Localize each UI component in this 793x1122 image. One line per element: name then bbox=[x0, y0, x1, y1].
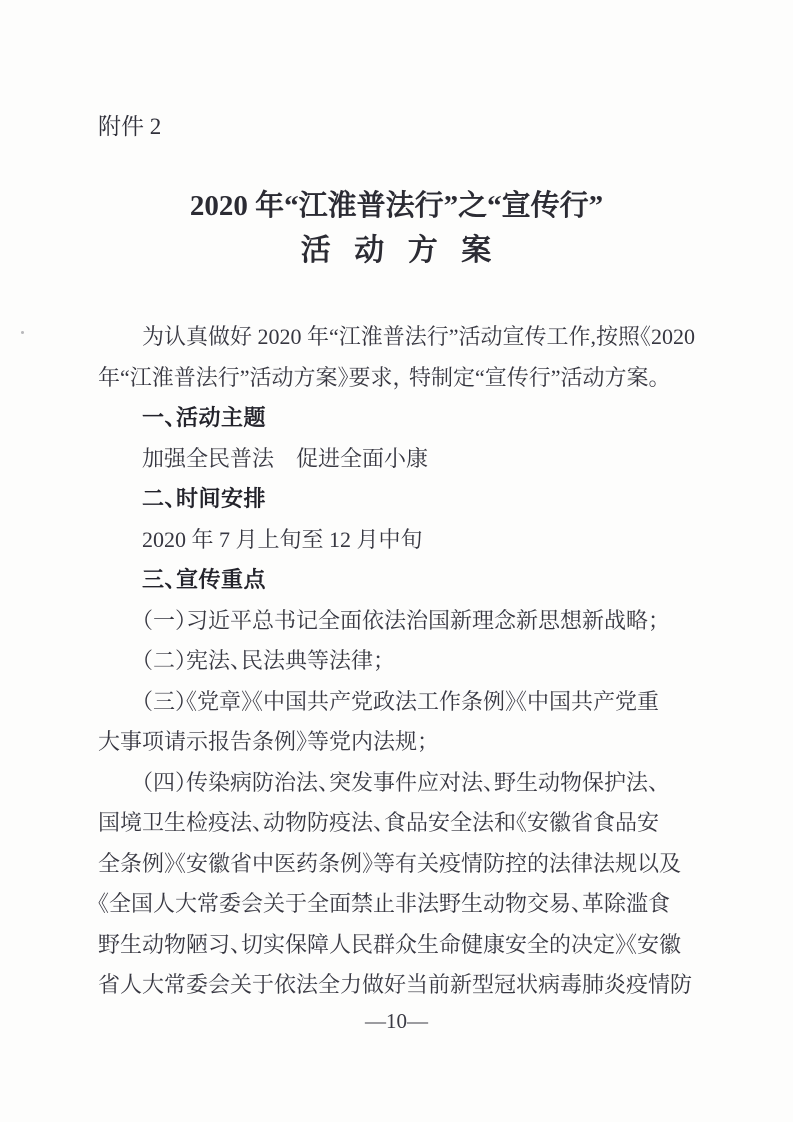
section-2-content: 2020 年 7 月上旬至 12 月中旬 bbox=[98, 520, 718, 561]
section-1-content: 加强全民普法 促进全面小康 bbox=[98, 439, 718, 480]
point-4-line-3: 全条例》《安徽省中医药条例》等有关疫情防控的法律法规以及 bbox=[98, 844, 718, 885]
intro-line-2: 年“江淮普法行”活动方案》要求， 特制定“宣传行”活动方案。 bbox=[98, 358, 718, 399]
point-2: （二）宪法、民法典等法律； bbox=[98, 641, 718, 682]
point-4-line-2: 国境卫生检疫法、动物防疫法、食品安全法和《安徽省食品安 bbox=[98, 803, 718, 844]
document-title: 2020 年“江淮普法行”之“宣传行” 活 动 方 案 bbox=[0, 187, 793, 270]
document-title-line2: 活 动 方 案 bbox=[0, 232, 793, 270]
point-4-line-6: 省人大常委会关于依法全力做好当前新型冠状病毒肺炎疫情防 bbox=[98, 965, 718, 1006]
point-4-line-5: 野生动物陋习、切实保障人民群众生命健康安全的决定》《安徽 bbox=[98, 925, 718, 966]
point-3-line-1: （三）《党章》《中国共产党政法工作条例》《中国共产党重 bbox=[98, 682, 718, 723]
attachment-label: 附件 2 bbox=[98, 114, 161, 139]
section-1-heading: 一、活动主题 bbox=[98, 398, 718, 439]
document-title-line1: 2020 年“江淮普法行”之“宣传行” bbox=[0, 187, 793, 225]
document-body: 为认真做好 2020 年“江淮普法行”活动宣传工作,按照《2020 年“江淮普法… bbox=[98, 317, 718, 1006]
point-1: （一）习近平总书记全面依法治国新理念新思想新战略； bbox=[98, 601, 718, 642]
point-4-line-4: 《全国人大常委会关于全面禁止非法野生动物交易、革除滥食 bbox=[98, 884, 718, 925]
scan-speck bbox=[21, 331, 24, 334]
document-page: 附件 2 2020 年“江淮普法行”之“宣传行” 活 动 方 案 为认真做好 2… bbox=[0, 0, 793, 1122]
intro-line-1: 为认真做好 2020 年“江淮普法行”活动宣传工作,按照《2020 bbox=[98, 317, 718, 358]
page-number: —10— bbox=[0, 1009, 793, 1033]
section-2-heading: 二、时间安排 bbox=[98, 479, 718, 520]
section-3-heading: 三、宣传重点 bbox=[98, 560, 718, 601]
point-3-line-2: 大事项请示报告条例》等党内法规； bbox=[98, 722, 718, 763]
point-4-line-1: （四）传染病防治法、突发事件应对法、野生动物保护法、 bbox=[98, 763, 718, 804]
